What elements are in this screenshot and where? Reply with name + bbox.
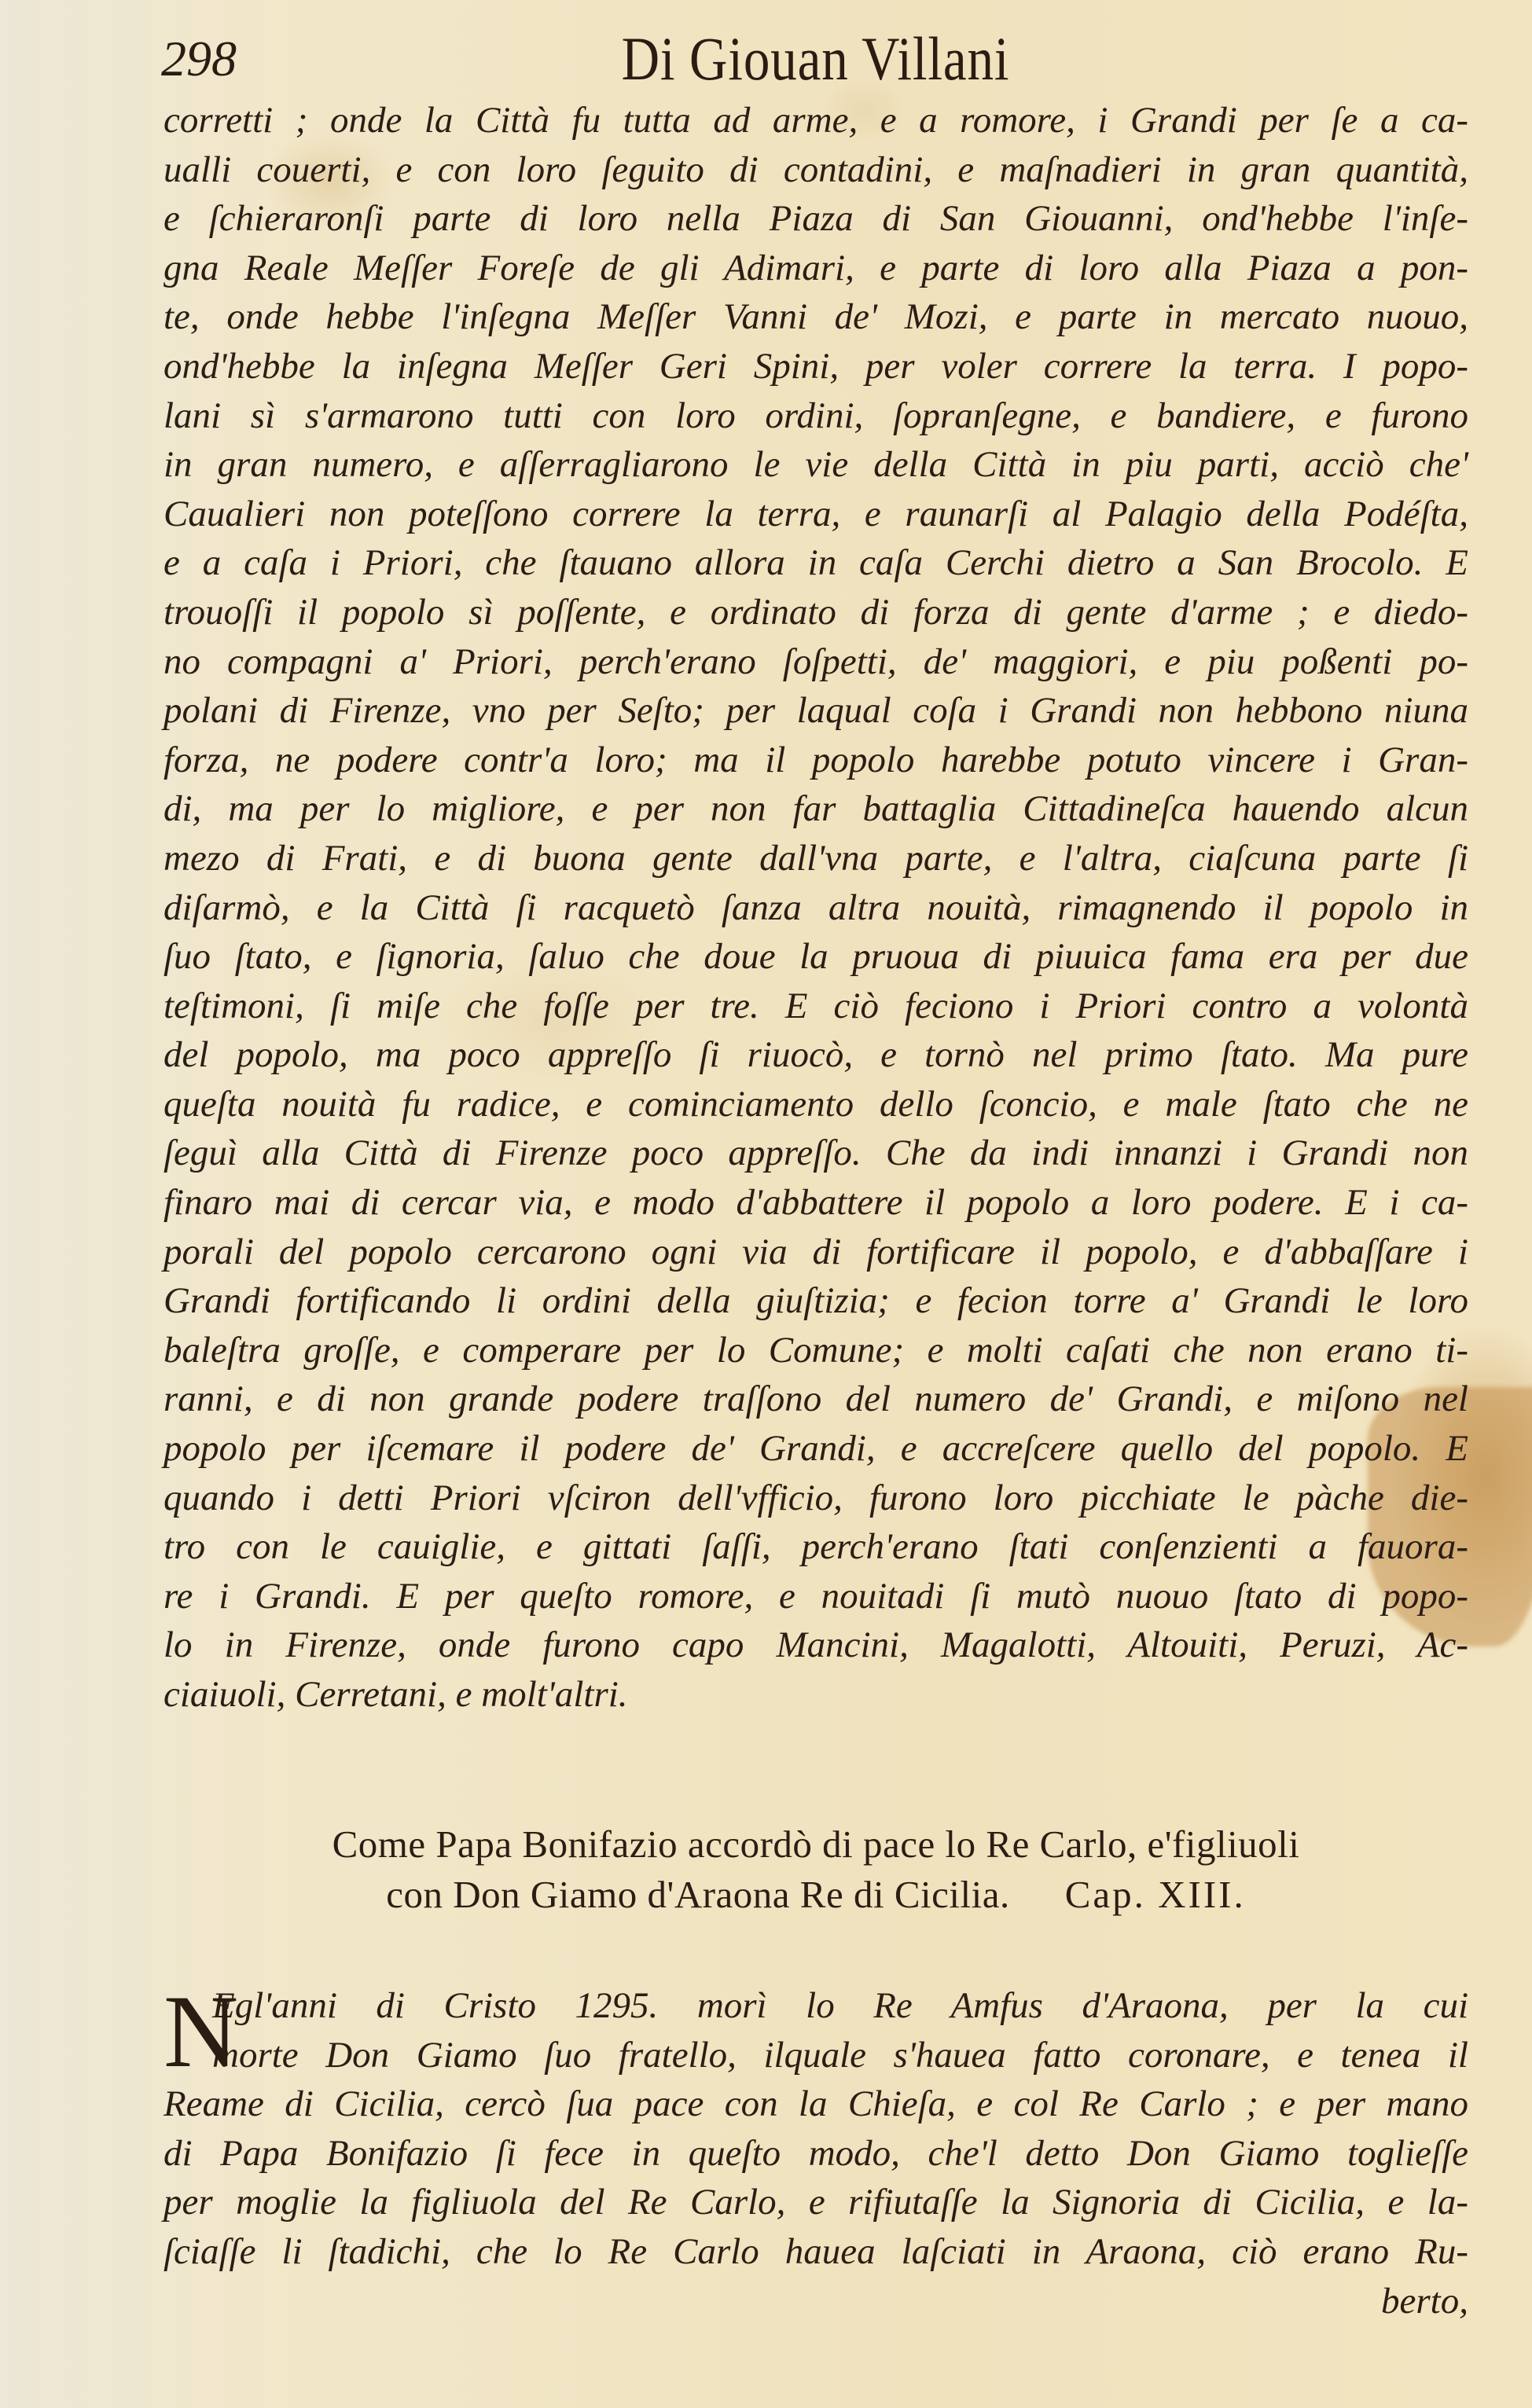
text-line: ond'hebbe la inſegna Meſſer Geri Spini, … bbox=[163, 342, 1468, 391]
text-line: lani sì s'armarono tutti con loro ordini… bbox=[163, 391, 1468, 441]
text-line: te, onde hebbe l'inſegna Meſſer Vanni de… bbox=[163, 292, 1468, 342]
text-line: tro con le cauiglie, e gittati ſaſſi, pe… bbox=[163, 1522, 1468, 1572]
text-line: Reame di Cicilia, cercò ſua pace con la … bbox=[163, 2080, 1468, 2130]
text-line: diſarmò, e la Città ſi racquetò ſanza al… bbox=[163, 883, 1468, 933]
page-header: 298 Di Giouan Villani bbox=[161, 16, 1470, 86]
text-line: trouoſſi il popolo sì poſſente, e ordina… bbox=[163, 588, 1468, 637]
text-line: in gran numero, e aſſerragliarono le vie… bbox=[163, 440, 1468, 490]
chapter-number: Cap. XIII. bbox=[1065, 1873, 1246, 1916]
text-line: mezo di Frati, e di buona gente dall'vna… bbox=[163, 834, 1468, 883]
text-line: finaro mai di cercar via, e modo d'abbat… bbox=[163, 1178, 1468, 1228]
text-line: di Papa Bonifazio ſi fece in queſto modo… bbox=[163, 2130, 1468, 2179]
text-line: e ſchieraronſi parte di loro nella Piaza… bbox=[163, 194, 1468, 244]
text-line: popolo per iſcemare il podere de' Grandi… bbox=[163, 1424, 1468, 1474]
text-line: ſeguì alla Città di Firenze poco appreſſ… bbox=[163, 1129, 1468, 1178]
page-number: 298 bbox=[161, 30, 237, 88]
text-line: lo in Firenze, onde furono capo Mancini,… bbox=[163, 1621, 1468, 1670]
text-line: ualli couerti, e con loro ſeguito di con… bbox=[163, 145, 1468, 195]
text-line: re i Grandi. E per queſto romore, e noui… bbox=[163, 1572, 1468, 1621]
text-line: Egl'anni di Cristo 1295. morì lo Re Amfu… bbox=[163, 1982, 1468, 2032]
text-line: ſuo ſtato, e ſignoria, ſaluo che doue la… bbox=[163, 932, 1468, 982]
text-line: corretti ; onde la Città fu tutta ad arm… bbox=[163, 96, 1468, 145]
text-line: no compagni a' Priori, perch'erano ſoſpe… bbox=[163, 637, 1468, 687]
text-line: gna Reale Meſſer Foreſe de gli Adimari, … bbox=[163, 244, 1468, 293]
text-line: ſciaſſe li ſtadichi, che lo Re Carlo hau… bbox=[163, 2228, 1468, 2278]
chapter-heading-line-2-text: con Don Giamo d'Araona Re di Cicilia. bbox=[386, 1873, 1009, 1916]
body-paragraph: corretti ; onde la Città fu tutta ad arm… bbox=[163, 96, 1468, 1720]
chapter-heading-line-2: con Don Giamo d'Araona Re di Cicilia.Cap… bbox=[163, 1870, 1468, 1920]
text-line: baleſtra groſſe, e comperare per lo Comu… bbox=[163, 1326, 1468, 1375]
text-line: ciaiuoli, Cerretani, e molt'altri. bbox=[163, 1670, 1468, 1720]
text-line: porali del popolo cercarono ogni via di … bbox=[163, 1228, 1468, 1277]
text-line: per moglie la figliuola del Re Carlo, e … bbox=[163, 2179, 1468, 2228]
text-line: Grandi fortificando li ordini della giuſ… bbox=[163, 1276, 1468, 1326]
text-line: teſtimoni, ſi miſe che foſſe per tre. E … bbox=[163, 982, 1468, 1031]
text-line: del popolo, ma poco appreſſo ſi riuocò, … bbox=[163, 1030, 1468, 1080]
text-line: e a caſa i Priori, che ſtauano allora in… bbox=[163, 538, 1468, 588]
drop-cap: N bbox=[163, 1988, 238, 2075]
chapter-paragraph: N Egl'anni di Cristo 1295. morì lo Re Am… bbox=[163, 1982, 1468, 2326]
chapter-heading-line-1: Come Papa Bonifazio accordò di pace lo R… bbox=[163, 1819, 1468, 1870]
running-title: Di Giouan Villani bbox=[253, 24, 1379, 94]
text-line: di, ma per lo migliore, e per non far ba… bbox=[163, 784, 1468, 834]
text-line: queſta nouità fu radice, e cominciamento… bbox=[163, 1080, 1468, 1129]
text-line: quando i detti Priori vſciron dell'vffic… bbox=[163, 1474, 1468, 1523]
text-line: polani di Firenze, vno per Seſto; per la… bbox=[163, 686, 1468, 736]
text-line: morte Don Giamo ſuo fratello, ilquale s'… bbox=[163, 2032, 1468, 2081]
text-line: forza, ne podere contr'a loro; ma il pop… bbox=[163, 736, 1468, 785]
chapter-heading: Come Papa Bonifazio accordò di pace lo R… bbox=[163, 1819, 1468, 1920]
catchword: berto, bbox=[163, 2278, 1468, 2327]
text-line: Caualieri non poteſſono correre la terra… bbox=[163, 490, 1468, 539]
text-line: ranni, e di non grande podere traſſono d… bbox=[163, 1375, 1468, 1424]
